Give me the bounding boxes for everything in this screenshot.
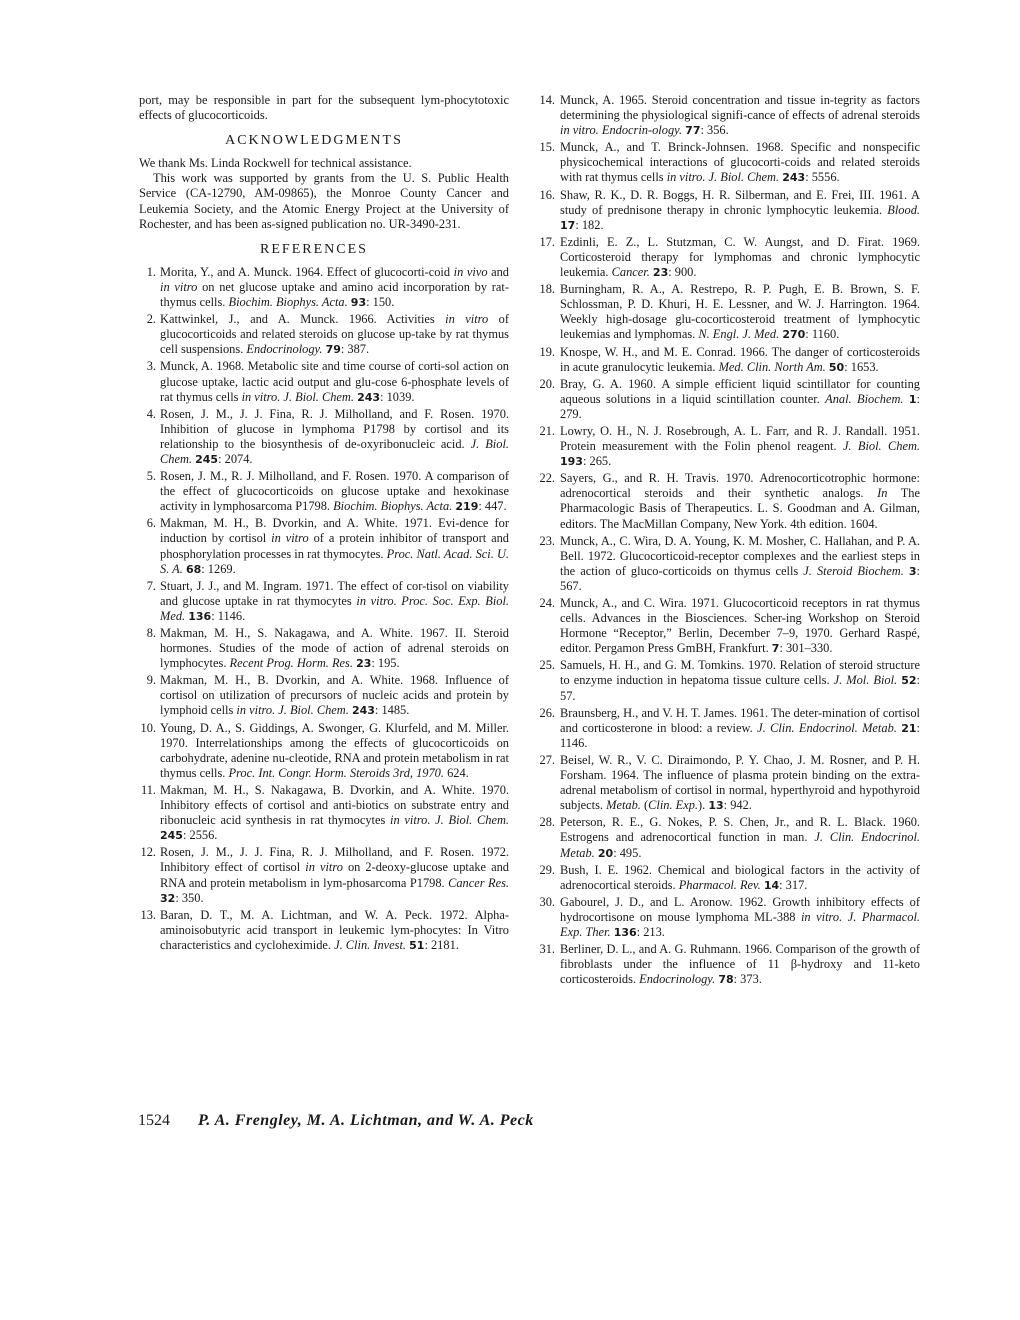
reference-number: 25.: [536, 658, 555, 673]
reference-item: 9.Makman, M. H., B. Dvorkin, and A. Whit…: [139, 673, 509, 718]
reference-text: Makman, M. H., S. Nakagawa, B. Dvorkin, …: [160, 783, 509, 842]
reference-item: 21.Lowry, O. H., N. J. Rosebrough, A. L.…: [536, 424, 920, 469]
reference-item: 16.Shaw, R. K., D. R. Boggs, H. R. Silbe…: [536, 188, 920, 233]
references-heading: REFERENCES: [139, 242, 509, 257]
reference-item: 15.Munck, A., and T. Brinck-Johnsen. 196…: [536, 140, 920, 185]
reference-text: Lowry, O. H., N. J. Rosebrough, A. L. Fa…: [560, 424, 920, 468]
acknowledgments-heading: ACKNOWLEDGMENTS: [139, 133, 509, 148]
reference-item: 13.Baran, D. T., M. A. Lichtman, and W. …: [139, 908, 509, 953]
reference-item: 4.Rosen, J. M., J. J. Fina, R. J. Milhol…: [139, 407, 509, 467]
reference-text: Rosen, J. M., R. J. Milholland, and F. R…: [160, 469, 509, 513]
reference-item: 3.Munck, A. 1968. Metabolic site and tim…: [139, 359, 509, 404]
reference-number: 12.: [139, 845, 156, 860]
page-footer: 1524 P. A. Frengley, M. A. Lichtman, and…: [138, 1112, 534, 1130]
reference-item: 7.Stuart, J. J., and M. Ingram. 1971. Th…: [139, 579, 509, 624]
reference-number: 28.: [536, 815, 555, 830]
reference-number: 1.: [139, 265, 156, 280]
intro-paragraph: port, may be responsible in part for the…: [139, 93, 509, 123]
reference-number: 27.: [536, 753, 555, 768]
reference-text: Rosen, J. M., J. J. Fina, R. J. Milholla…: [160, 407, 509, 466]
reference-text: Gabourel, J. D., and L. Aronow. 1962. Gr…: [560, 895, 920, 939]
reference-number: 30.: [536, 895, 555, 910]
reference-item: 6.Makman, M. H., B. Dvorkin, and A. Whit…: [139, 516, 509, 576]
reference-item: 22.Sayers, G., and R. H. Travis. 1970. A…: [536, 471, 920, 531]
reference-number: 24.: [536, 596, 555, 611]
reference-item: 29.Bush, I. E. 1962. Chemical and biolog…: [536, 863, 920, 893]
reference-text: Braunsberg, H., and V. H. T. James. 1961…: [560, 706, 920, 750]
reference-item: 10.Young, D. A., S. Giddings, A. Swonger…: [139, 721, 509, 781]
reference-list-left: 1.Morita, Y., and A. Munck. 1964. Effect…: [139, 265, 509, 953]
reference-item: 12.Rosen, J. M., J. J. Fina, R. J. Milho…: [139, 845, 509, 905]
reference-number: 4.: [139, 407, 156, 422]
reference-item: 1.Morita, Y., and A. Munck. 1964. Effect…: [139, 265, 509, 310]
reference-text: Samuels, H. H., and G. M. Tomkins. 1970.…: [560, 658, 920, 702]
reference-number: 5.: [139, 469, 156, 484]
reference-text: Kattwinkel, J., and A. Munck. 1966. Acti…: [160, 312, 509, 356]
reference-number: 14.: [536, 93, 555, 108]
reference-text: Bush, I. E. 1962. Chemical and biologica…: [560, 863, 920, 892]
reference-number: 6.: [139, 516, 156, 531]
reference-text: Makman, M. H., S. Nakagawa, and A. White…: [160, 626, 509, 670]
reference-text: Makman, M. H., B. Dvorkin, and A. White.…: [160, 673, 509, 717]
reference-number: 3.: [139, 359, 156, 374]
reference-item: 5.Rosen, J. M., R. J. Milholland, and F.…: [139, 469, 509, 514]
reference-item: 24.Munck, A., and C. Wira. 1971. Glucoco…: [536, 596, 920, 656]
reference-text: Makman, M. H., B. Dvorkin, and A. White.…: [160, 516, 509, 575]
reference-text: Stuart, J. J., and M. Ingram. 1971. The …: [160, 579, 509, 623]
reference-number: 8.: [139, 626, 156, 641]
funding-paragraph: This work was supported by grants from t…: [139, 171, 509, 231]
reference-item: 26.Braunsberg, H., and V. H. T. James. 1…: [536, 706, 920, 751]
reference-text: Munck, A., and T. Brinck-Johnsen. 1968. …: [560, 140, 920, 184]
right-column: 14.Munck, A. 1965. Steroid concentration…: [536, 93, 920, 989]
reference-text: Munck, A., C. Wira, D. A. Young, K. M. M…: [560, 534, 920, 593]
running-authors: P. A. Frengley, M. A. Lichtman, and W. A…: [198, 1112, 534, 1129]
reference-text: Munck, A. 1968. Metabolic site and time …: [160, 359, 509, 403]
reference-number: 26.: [536, 706, 555, 721]
reference-text: Munck, A., and C. Wira. 1971. Glucocorti…: [560, 596, 920, 655]
reference-number: 29.: [536, 863, 555, 878]
reference-item: 19.Knospe, W. H., and M. E. Conrad. 1966…: [536, 345, 920, 375]
reference-text: Bray, G. A. 1960. A simple efficient liq…: [560, 377, 920, 421]
reference-number: 16.: [536, 188, 555, 203]
reference-item: 2.Kattwinkel, J., and A. Munck. 1966. Ac…: [139, 312, 509, 357]
reference-number: 20.: [536, 377, 555, 392]
reference-number: 2.: [139, 312, 156, 327]
reference-text: Munck, A. 1965. Steroid concentration an…: [560, 93, 920, 137]
reference-text: Shaw, R. K., D. R. Boggs, H. R. Silberma…: [560, 188, 920, 232]
reference-number: 31.: [536, 942, 555, 957]
reference-item: 25.Samuels, H. H., and G. M. Tomkins. 19…: [536, 658, 920, 703]
reference-number: 19.: [536, 345, 555, 360]
reference-text: Knospe, W. H., and M. E. Conrad. 1966. T…: [560, 345, 920, 374]
reference-item: 8.Makman, M. H., S. Nakagawa, and A. Whi…: [139, 626, 509, 671]
reference-item: 14.Munck, A. 1965. Steroid concentration…: [536, 93, 920, 138]
reference-text: Peterson, R. E., G. Nokes, P. S. Chen, J…: [560, 815, 920, 859]
reference-item: 20.Bray, G. A. 1960. A simple efficient …: [536, 377, 920, 422]
reference-item: 31.Berliner, D. L., and A. G. Ruhmann. 1…: [536, 942, 920, 987]
reference-item: 18.Burningham, R. A., A. Restrepo, R. P.…: [536, 282, 920, 342]
reference-number: 21.: [536, 424, 555, 439]
reference-text: Sayers, G., and R. H. Travis. 1970. Adre…: [560, 471, 920, 530]
reference-text: Ezdinli, E. Z., L. Stutzman, C. W. Aungs…: [560, 235, 920, 279]
left-column: port, may be responsible in part for the…: [139, 93, 509, 955]
page-number: 1524: [138, 1112, 194, 1130]
reference-number: 11.: [139, 783, 156, 798]
reference-text: Berliner, D. L., and A. G. Ruhmann. 1966…: [560, 942, 920, 986]
reference-item: 11.Makman, M. H., S. Nakagawa, B. Dvorki…: [139, 783, 509, 843]
reference-list-right: 14.Munck, A. 1965. Steroid concentration…: [536, 93, 920, 987]
reference-item: 23.Munck, A., C. Wira, D. A. Young, K. M…: [536, 534, 920, 594]
reference-number: 15.: [536, 140, 555, 155]
acknowledgment-paragraph: We thank Ms. Linda Rockwell for technica…: [139, 156, 509, 171]
reference-number: 13.: [139, 908, 156, 923]
reference-number: 10.: [139, 721, 156, 736]
reference-text: Young, D. A., S. Giddings, A. Swonger, G…: [160, 721, 509, 780]
reference-number: 18.: [536, 282, 555, 297]
reference-number: 9.: [139, 673, 156, 688]
reference-item: 28.Peterson, R. E., G. Nokes, P. S. Chen…: [536, 815, 920, 860]
reference-text: Rosen, J. M., J. J. Fina, R. J. Milholla…: [160, 845, 509, 904]
reference-number: 7.: [139, 579, 156, 594]
reference-item: 17.Ezdinli, E. Z., L. Stutzman, C. W. Au…: [536, 235, 920, 280]
reference-item: 27.Beisel, W. R., V. C. Diraimondo, P. Y…: [536, 753, 920, 813]
reference-text: Morita, Y., and A. Munck. 1964. Effect o…: [160, 265, 509, 309]
reference-number: 23.: [536, 534, 555, 549]
reference-number: 22.: [536, 471, 555, 486]
reference-text: Baran, D. T., M. A. Lichtman, and W. A. …: [160, 908, 509, 952]
reference-text: Beisel, W. R., V. C. Diraimondo, P. Y. C…: [560, 753, 920, 812]
reference-item: 30.Gabourel, J. D., and L. Aronow. 1962.…: [536, 895, 920, 940]
reference-text: Burningham, R. A., A. Restrepo, R. P. Pu…: [560, 282, 920, 341]
reference-number: 17.: [536, 235, 555, 250]
